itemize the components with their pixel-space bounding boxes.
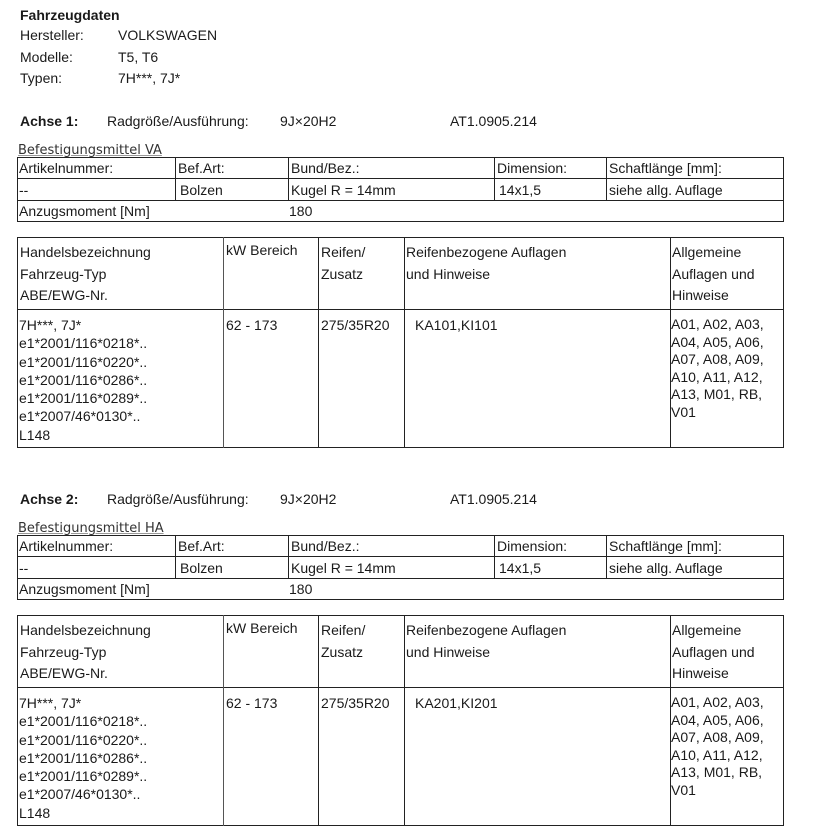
fastener-header-collar: Bund/Bez.:	[291, 538, 360, 554]
vt-header-kw: kW Bereich	[226, 242, 298, 258]
vt-header-general-notes: Allgemeine Auflagen und Hinweise	[672, 620, 755, 685]
fastener-header-shaft-length: Schaftlänge [mm]:	[609, 538, 722, 554]
fastener-header-article: Artikelnummer:	[19, 160, 113, 176]
fastener-shaft-length-value: siehe allg. Auflage	[609, 560, 723, 576]
fastener-header-type: Bef.Art:	[178, 160, 225, 176]
axle-title: Achse 2:	[20, 491, 78, 507]
models-label: Modelle:	[20, 49, 73, 65]
vt-tire: 275/35R20	[321, 695, 390, 711]
fastener-collar-value: Kugel R = 14mm	[291, 182, 396, 198]
manufacturer-value: VOLKSWAGEN	[118, 27, 217, 43]
axle-title: Achse 1:	[20, 113, 78, 129]
fastener-dimension-value: 14x1,5	[499, 560, 541, 576]
vt-header-designation: Handelsbezeichnung Fahrzeug-Typ ABE/EWG-…	[20, 242, 151, 307]
vt-types: 7H***, 7J* e1*2001/116*0218*.. e1*2001/1…	[19, 316, 147, 444]
wheel-size-label: Radgröße/Ausführung:	[107, 491, 249, 507]
vt-tire: 275/35R20	[321, 317, 390, 333]
vt-header-tire-notes: Reifenbezogene Auflagen und Hinweise	[406, 620, 566, 663]
fastener-article-value: --	[19, 182, 28, 198]
wheel-size-value: 9J×20H2	[280, 491, 336, 507]
wheel-size-value: 9J×20H2	[280, 113, 336, 129]
torque-label: Anzugsmoment [Nm]	[19, 581, 150, 597]
vt-header-tire-notes: Reifenbezogene Auflagen und Hinweise	[406, 242, 566, 285]
torque-value: 180	[289, 203, 312, 219]
vt-header-tire: Reifen/ Zusatz	[321, 620, 365, 663]
torque-value: 180	[289, 581, 312, 597]
types-label: Typen:	[20, 70, 62, 86]
fastener-header-article: Artikelnummer:	[19, 538, 113, 554]
vt-header-general-notes: Allgemeine Auflagen und Hinweise	[672, 242, 755, 307]
manufacturer-label: Hersteller:	[20, 27, 84, 43]
vt-types: 7H***, 7J* e1*2001/116*0218*.. e1*2001/1…	[19, 694, 147, 822]
vt-general-notes: A01, A02, A03, A04, A05, A06, A07, A08, …	[671, 316, 764, 421]
fastener-header-collar: Bund/Bez.:	[291, 160, 360, 176]
vt-kw-range: 62 - 173	[226, 317, 277, 333]
vehicle-title: Fahrzeugdaten	[20, 7, 120, 23]
fastener-header-shaft-length: Schaftlänge [mm]:	[609, 160, 722, 176]
vt-header-designation: Handelsbezeichnung Fahrzeug-Typ ABE/EWG-…	[20, 620, 151, 685]
vt-tire-notes: KA201,KI201	[415, 695, 498, 711]
vt-general-notes: A01, A02, A03, A04, A05, A06, A07, A08, …	[671, 694, 764, 799]
fastener-collar-value: Kugel R = 14mm	[291, 560, 396, 576]
fastener-dimension-value: 14x1,5	[499, 182, 541, 198]
models-value: T5, T6	[118, 49, 158, 65]
fastener-header-dimension: Dimension:	[497, 160, 567, 176]
fastener-header-type: Bef.Art:	[178, 538, 225, 554]
fastener-type-value: Bolzen	[180, 182, 223, 198]
types-value: 7H***, 7J*	[118, 70, 180, 86]
vt-header-tire: Reifen/ Zusatz	[321, 242, 365, 285]
fastener-article-value: --	[19, 560, 28, 576]
fastener-caption: Befestigungsmittel HA	[18, 521, 164, 536]
fastener-type-value: Bolzen	[180, 560, 223, 576]
approval-code: AT1.0905.214	[450, 113, 537, 129]
wheel-size-label: Radgröße/Ausführung:	[107, 113, 249, 129]
vt-header-kw: kW Bereich	[226, 620, 298, 636]
fastener-shaft-length-value: siehe allg. Auflage	[609, 182, 723, 198]
vt-tire-notes: KA101,KI101	[415, 317, 498, 333]
torque-label: Anzugsmoment [Nm]	[19, 203, 150, 219]
vt-kw-range: 62 - 173	[226, 695, 277, 711]
fastener-caption: Befestigungsmittel VA	[18, 143, 162, 158]
approval-code: AT1.0905.214	[450, 491, 537, 507]
fastener-header-dimension: Dimension:	[497, 538, 567, 554]
